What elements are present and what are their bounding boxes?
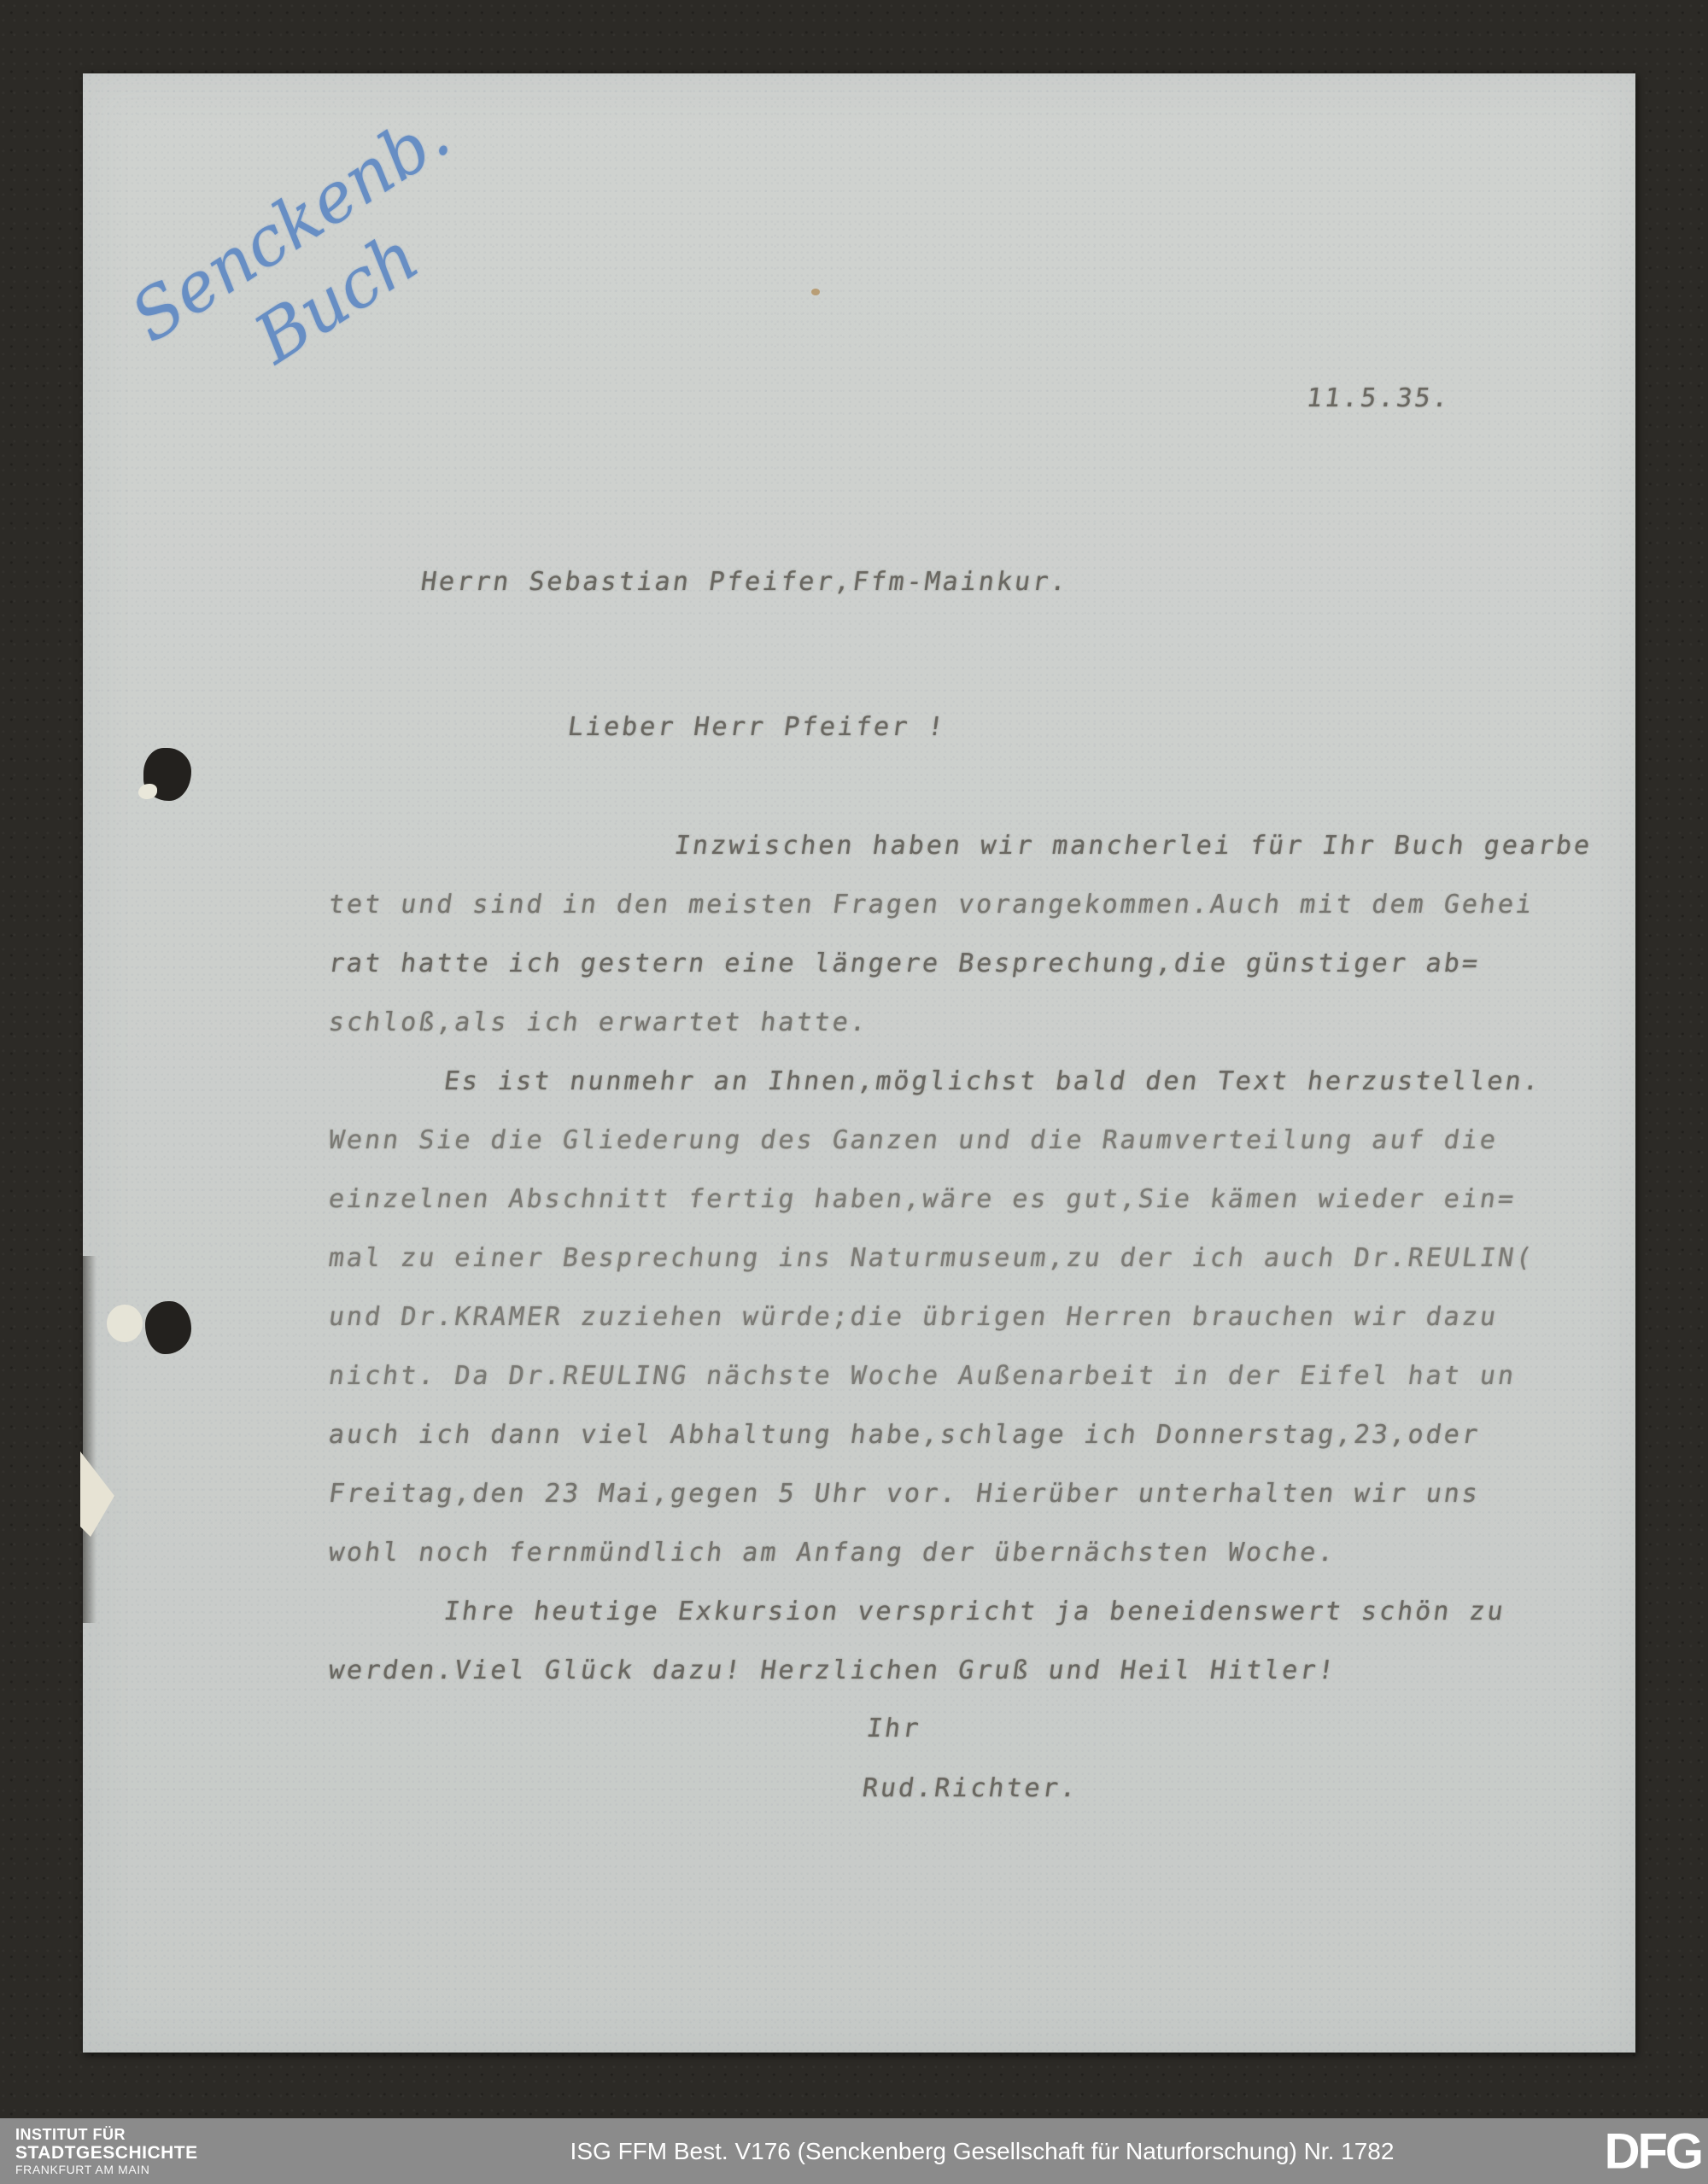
institution-line-3: FRANKFURT AM MAIN: [15, 2164, 198, 2177]
scan-viewport: { "annotation": { "handwritten_note": "S…: [0, 0, 1708, 2184]
letter-line: Wenn Sie die Gliederung des Ganzen und d…: [326, 1124, 1500, 1157]
dfg-logo: DFG: [1605, 2123, 1701, 2180]
letter-line: Es ist nunmehr an Ihnen,möglichst bald d…: [442, 1066, 1543, 1098]
letter-line: auch ich dann viel Abhaltung habe,schlag…: [326, 1419, 1482, 1451]
institution-line-1: INSTITUT FÜR: [15, 2126, 198, 2143]
paper-stain-speck: [811, 289, 820, 295]
letter-line: Inzwischen haben wir mancherlei für Ihr …: [672, 830, 1594, 862]
letter-salutation: Lieber Herr Pfeifer !: [565, 711, 948, 744]
letter-signature: Rud.Richter.: [860, 1772, 1080, 1805]
archive-footer-bar: INSTITUT FÜR STADTGESCHICHTE FRANKFURT A…: [0, 2118, 1708, 2184]
letter-line: tet und sind in den meisten Fragen voran…: [326, 889, 1535, 921]
letter-line: schloß,als ich erwartet hatte.: [326, 1007, 870, 1039]
letter-line: werden.Viel Glück dazu! Herzlichen Gruß …: [326, 1655, 1338, 1687]
punch-hole-bottom-white-disc: [107, 1305, 143, 1342]
institut-stadtgeschichte-logo: INSTITUT FÜR STADTGESCHICHTE FRANKFURT A…: [15, 2126, 198, 2176]
letter-line: wohl noch fernmündlich am Anfang der übe…: [326, 1537, 1338, 1569]
letter-line: nicht. Da Dr.REULING nächste Woche Außen…: [326, 1360, 1518, 1393]
letter-sheet: [83, 73, 1635, 2053]
institution-line-2: STADTGESCHICHTE: [15, 2143, 198, 2164]
letter-line: einzelnen Abschnitt fertig haben,wäre es…: [326, 1183, 1518, 1216]
paper-edge-shadow: [83, 1256, 97, 1623]
letter-closing: Ihr: [864, 1713, 923, 1745]
letter-date: 11.5.35.: [1304, 382, 1453, 415]
letter-recipient: Herrn Sebastian Pfeifer,Ffm-Mainkur.: [418, 566, 1071, 599]
archive-reference-label: ISG FFM Best. V176 (Senckenberg Gesellsc…: [570, 2138, 1395, 2165]
letter-line: und Dr.KRAMER zuziehen würde;die übrigen…: [326, 1301, 1500, 1334]
letter-line: Ihre heutige Exkursion verspricht ja ben…: [442, 1596, 1507, 1628]
letter-line: mal zu einer Besprechung ins Naturmuseum…: [326, 1242, 1535, 1275]
letter-line: Freitag,den 23 Mai,gegen 5 Uhr vor. Hier…: [326, 1478, 1482, 1510]
letter-line: rat hatte ich gestern eine längere Bespr…: [326, 948, 1482, 980]
